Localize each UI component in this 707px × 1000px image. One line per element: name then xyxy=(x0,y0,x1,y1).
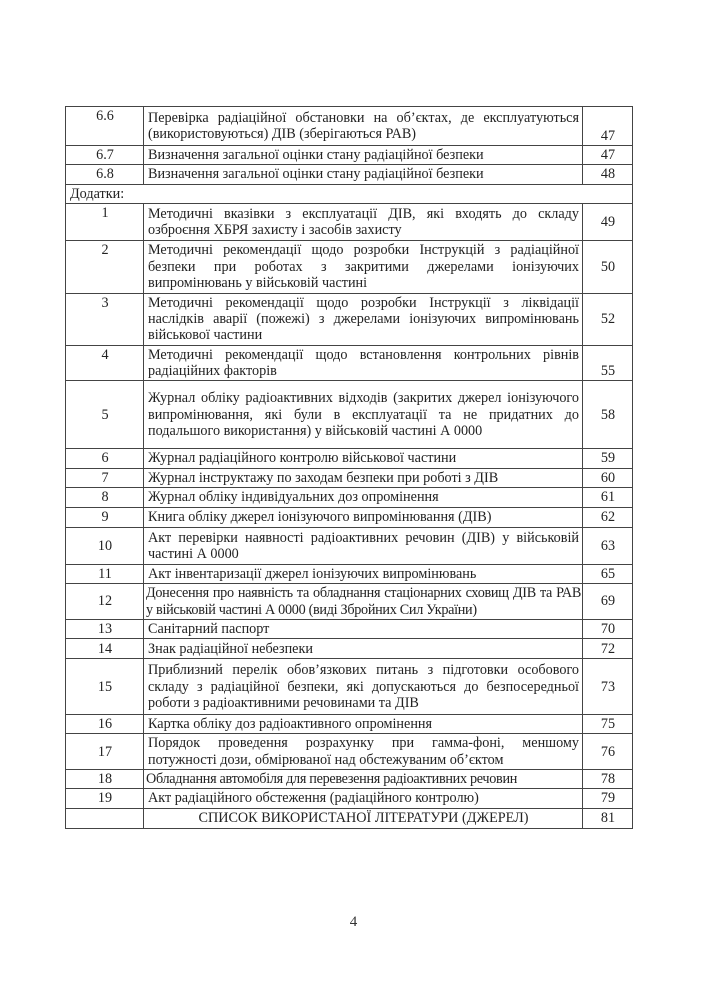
toc-row-page: 60 xyxy=(583,468,633,487)
toc-row-page: 58 xyxy=(583,381,633,449)
references-title: СПИСОК ВИКОРИСТАНОЇ ЛІТЕРАТУРИ (ДЖЕРЕЛ) xyxy=(144,808,583,828)
toc-row-page: 48 xyxy=(583,165,633,184)
toc-row: 7 Журнал інструктажу по заходам безпеки … xyxy=(66,468,633,487)
toc-row-title: Журнал інструктажу по заходам безпеки пр… xyxy=(144,468,583,487)
toc-row-title: Журнал обліку індивідуальних доз опромін… xyxy=(144,487,583,507)
toc-row-title: Санітарний паспорт xyxy=(144,619,583,638)
toc-row-page: 69 xyxy=(583,584,633,620)
toc-row-page: 73 xyxy=(583,659,633,715)
toc-row-title: Книга обліку джерел іонізуючого випромін… xyxy=(144,507,583,527)
toc-row-title: Визначення загальної оцінки стану радіац… xyxy=(144,146,583,165)
toc-row-title: Порядок проведення розрахунку при гамма-… xyxy=(144,734,583,770)
toc-row-page: 78 xyxy=(583,770,633,789)
toc-row-number: 18 xyxy=(66,770,144,789)
toc-row-title: Знак радіаційної небезпеки xyxy=(144,639,583,659)
toc-row-title: Методичні рекомендації щодо розробки Інс… xyxy=(144,240,583,293)
toc-row-title: Картка обліку доз радіоактивного опромін… xyxy=(144,715,583,734)
toc-row-number: 5 xyxy=(66,381,144,449)
toc-row-page: 61 xyxy=(583,487,633,507)
page-number: 4 xyxy=(0,914,707,931)
toc-row-number: 7 xyxy=(66,468,144,487)
toc-row: 15 Приблизний перелік обов’язкових питан… xyxy=(66,659,633,715)
toc-row: 6 Журнал радіаційного контролю військово… xyxy=(66,449,633,468)
document-page: 6.6 Перевірка радіаційної обстановки на … xyxy=(0,0,707,1000)
toc-row: 13 Санітарний паспорт 70 xyxy=(66,619,633,638)
toc-row-title: Визначення загальної оцінки стану радіац… xyxy=(144,165,583,184)
toc-row-page: 55 xyxy=(583,345,633,381)
toc-row-title: Журнал радіаційного контролю військової … xyxy=(144,449,583,468)
toc-row-page: 49 xyxy=(583,203,633,240)
toc-row-page: 65 xyxy=(583,564,633,583)
table-of-contents: 6.6 Перевірка радіаційної обстановки на … xyxy=(65,106,633,829)
toc-row-page: 50 xyxy=(583,240,633,293)
toc-row-page: 76 xyxy=(583,734,633,770)
toc-row: 19 Акт радіаційного обстеження (радіацій… xyxy=(66,789,633,808)
toc-row: 5 Журнал обліку радіоактивних відходів (… xyxy=(66,381,633,449)
toc-row: 12 Донесення про наявність та обладнання… xyxy=(66,584,633,620)
toc-row: 16 Картка обліку доз радіоактивного опро… xyxy=(66,715,633,734)
toc-row-page: 72 xyxy=(583,639,633,659)
toc-row-page: 79 xyxy=(583,789,633,808)
toc-row-number: 6.6 xyxy=(66,107,144,146)
toc-row-page: 62 xyxy=(583,507,633,527)
toc-row-page: 81 xyxy=(583,808,633,828)
toc-row-number: 6.7 xyxy=(66,146,144,165)
toc-row-title: Приблизний перелік обов’язкових питань з… xyxy=(144,659,583,715)
toc-row-number: 15 xyxy=(66,659,144,715)
toc-row-number: 16 xyxy=(66,715,144,734)
references-row: СПИСОК ВИКОРИСТАНОЇ ЛІТЕРАТУРИ (ДЖЕРЕЛ) … xyxy=(66,808,633,828)
toc-row: 1 Методичні вказівки з експлуатації ДІВ,… xyxy=(66,203,633,240)
toc-row: 17 Порядок проведення розрахунку при гам… xyxy=(66,734,633,770)
toc-row: 6.7 Визначення загальної оцінки стану ра… xyxy=(66,146,633,165)
toc-row-title: Акт інвентаризації джерел іонізуючих вип… xyxy=(144,564,583,583)
toc-row: 4 Методичні рекомендації щодо встановлен… xyxy=(66,345,633,381)
toc-row-number: 10 xyxy=(66,527,144,564)
toc-row: 14 Знак радіаційної небезпеки 72 xyxy=(66,639,633,659)
toc-row: 9 Книга обліку джерел іонізуючого випром… xyxy=(66,507,633,527)
toc-row-number: 17 xyxy=(66,734,144,770)
toc-row-page: 47 xyxy=(583,146,633,165)
toc-row-number: 6.8 xyxy=(66,165,144,184)
toc-row-title: Методичні вказівки з експлуатації ДІВ, я… xyxy=(144,203,583,240)
toc-row: 6.6 Перевірка радіаційної обстановки на … xyxy=(66,107,633,146)
toc-row-page: 70 xyxy=(583,619,633,638)
toc-row: 6.8 Визначення загальної оцінки стану ра… xyxy=(66,165,633,184)
toc-row: 2 Методичні рекомендації щодо розробки І… xyxy=(66,240,633,293)
toc-row-page: 52 xyxy=(583,293,633,345)
toc-row-title: Акт перевірки наявності радіоактивних ре… xyxy=(144,527,583,564)
toc-row: 11 Акт інвентаризації джерел іонізуючих … xyxy=(66,564,633,583)
toc-row: 10 Акт перевірки наявності радіоактивних… xyxy=(66,527,633,564)
toc-row-number: 3 xyxy=(66,293,144,345)
toc-row-page: 75 xyxy=(583,715,633,734)
toc-row-title: Методичні рекомендації щодо встановлення… xyxy=(144,345,583,381)
toc-row-number: 19 xyxy=(66,789,144,808)
toc-row-title: Перевірка радіаційної обстановки на об’є… xyxy=(144,107,583,146)
toc-row-number: 14 xyxy=(66,639,144,659)
toc-row: 3 Методичні рекомендації щодо розробки І… xyxy=(66,293,633,345)
toc-row-number xyxy=(66,808,144,828)
toc-row: 18 Обладнання автомобіля для перевезення… xyxy=(66,770,633,789)
toc-row-title: Методичні рекомендації щодо розробки Інс… xyxy=(144,293,583,345)
toc-row-number: 6 xyxy=(66,449,144,468)
toc-row-page: 59 xyxy=(583,449,633,468)
toc-row-page: 63 xyxy=(583,527,633,564)
toc-row-number: 2 xyxy=(66,240,144,293)
toc-row-number: 12 xyxy=(66,584,144,620)
toc-row-title: Акт радіаційного обстеження (радіаційног… xyxy=(144,789,583,808)
toc-row-title: Журнал обліку радіоактивних відходів (за… xyxy=(144,381,583,449)
appendix-heading-row: Додатки: xyxy=(66,184,633,203)
appendix-heading: Додатки: xyxy=(66,184,633,203)
toc-row-page: 47 xyxy=(583,107,633,146)
toc-row-title: Обладнання автомобіля для перевезення ра… xyxy=(144,770,583,789)
toc-row-number: 11 xyxy=(66,564,144,583)
toc-row-number: 9 xyxy=(66,507,144,527)
toc-row: 8 Журнал обліку індивідуальних доз опром… xyxy=(66,487,633,507)
toc-row-number: 4 xyxy=(66,345,144,381)
toc-row-number: 8 xyxy=(66,487,144,507)
toc-row-number: 1 xyxy=(66,203,144,240)
toc-row-title: Донесення про наявність та обладнання ст… xyxy=(144,584,583,620)
toc-row-number: 13 xyxy=(66,619,144,638)
